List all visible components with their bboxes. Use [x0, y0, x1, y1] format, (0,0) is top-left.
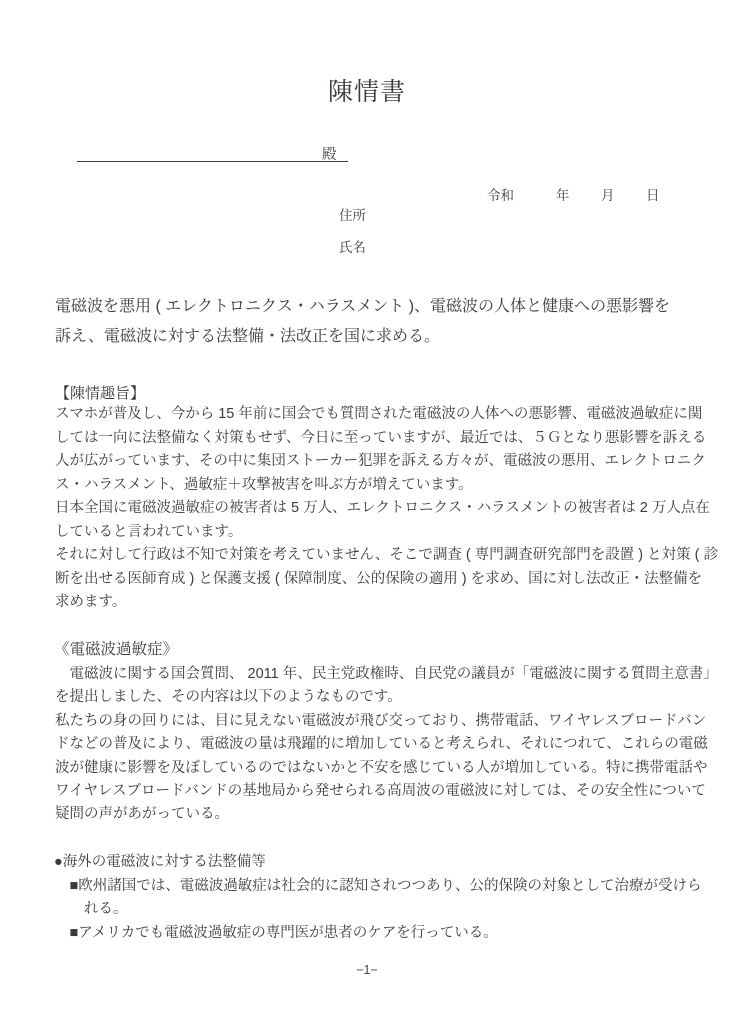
date-era-label: 令和 — [487, 184, 514, 204]
address-field-label: 住所 — [339, 204, 366, 224]
ehs-section-body: 電磁波に関する国会質問、 2011 年、民主党政権時、自民党の議員が「電磁波に関… — [55, 663, 718, 827]
date-month-label: 月 — [601, 184, 615, 204]
recipient-name-blank-line — [77, 161, 348, 162]
page-number: −1− — [0, 963, 734, 977]
ehs-section-heading: 《電磁波過敏症》 — [54, 642, 178, 658]
overseas-regulation-heading: ●海外の電磁波に対する法整備等 — [54, 855, 266, 870]
document-title: 陳情書 — [0, 72, 734, 108]
purpose-section-body: スマホが普及し、今から 15 年前に国会でも質問された電磁波の人体への悪影響、電… — [55, 403, 718, 615]
overseas-regulation-body: ■欧州諸国では、電磁波過敏症は社会的に認知されつつあり、公的保険の対象として治療… — [55, 875, 701, 945]
petition-subject-statement: 電磁波を悪用 ( エレクトロニクス・ハラスメント )、電磁波の人体と健康への悪影… — [55, 292, 670, 352]
name-field-label: 氏名 — [339, 236, 366, 256]
purpose-section-heading: 【陳情趣旨】 — [55, 386, 145, 401]
recipient-honorific-label: 殿 — [322, 143, 337, 164]
petition-document-page: 陳情書 殿 令和 年 月 日 住所 氏名 電磁波を悪用 ( エレクトロニクス・ハ… — [0, 0, 734, 1024]
date-day-label: 日 — [646, 184, 660, 204]
date-year-label: 年 — [556, 184, 570, 204]
